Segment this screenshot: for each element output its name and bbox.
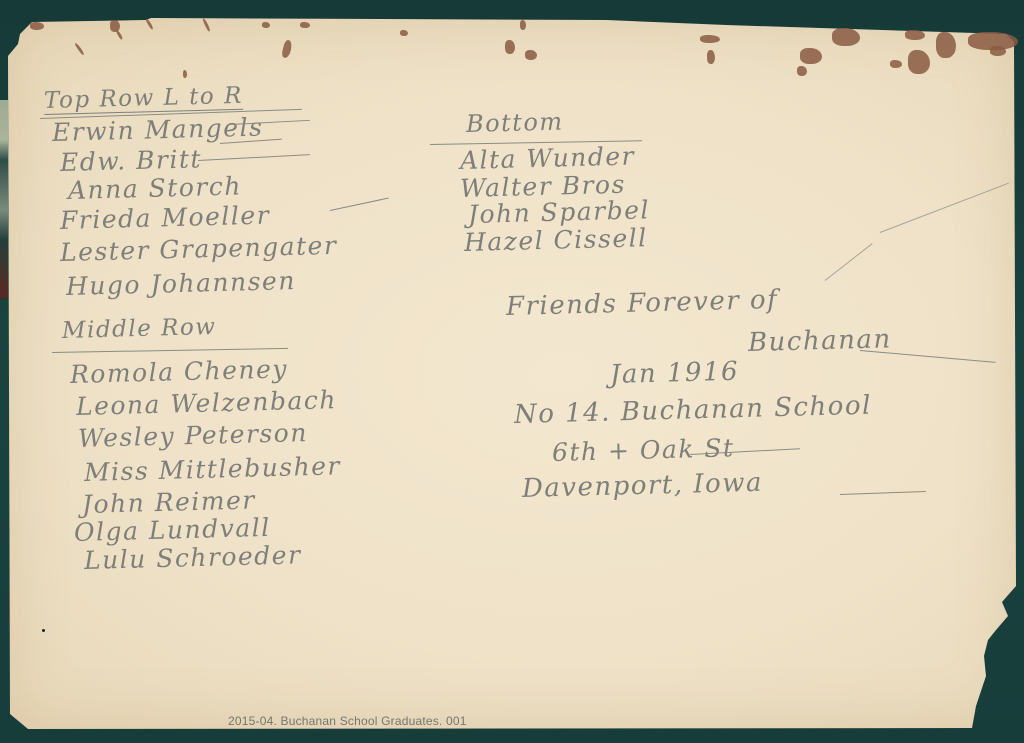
speck: [42, 629, 45, 632]
name-entry: Hugo Johannsen: [66, 266, 297, 301]
name-entry: Anna Storch: [68, 171, 243, 205]
name-entry: Wesley Peterson: [78, 418, 309, 453]
inscription-street: 6th + Oak St: [552, 433, 735, 467]
photo-edge-strip: [0, 100, 8, 300]
catalog-caption: 2015-04. Buchanan School Graduates. 001: [228, 714, 467, 728]
inscription-line: Buchanan: [748, 324, 892, 358]
top-row-heading: Top Row L to R: [44, 83, 244, 114]
name-entry: Frieda Moeller: [60, 201, 271, 235]
inscription-city: Davenport, Iowa: [522, 468, 764, 504]
middle-row-heading: Middle Row: [62, 314, 217, 344]
name-entry: Hazel Cissell: [464, 223, 648, 257]
name-entry: Romola Cheney: [70, 354, 289, 389]
name-entry: Lulu Schroeder: [84, 540, 302, 575]
bottom-row-heading: Bottom: [466, 107, 564, 138]
inscription-date: Jan 1916: [610, 357, 740, 390]
